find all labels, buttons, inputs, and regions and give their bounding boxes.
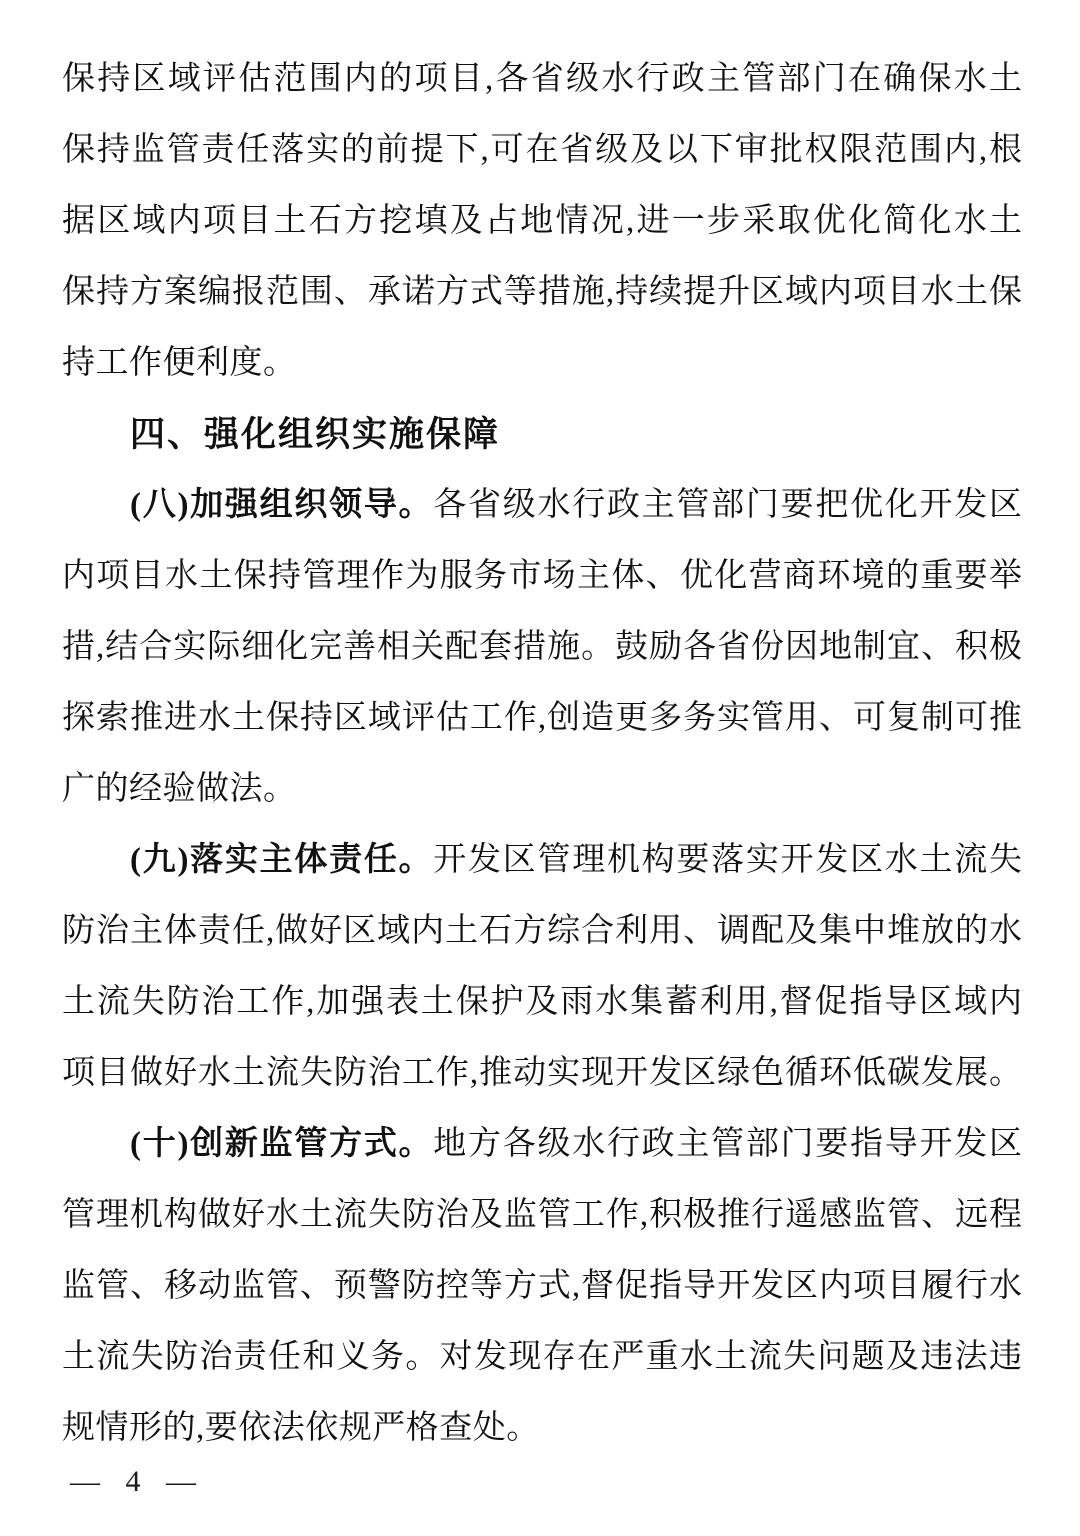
text-run: 地方各级水行政主管部门要指导开发区 — [433, 1126, 1022, 1162]
section-heading: 四、强化组织实施保障 — [62, 399, 1022, 470]
text-line: 规情形的,要依法依规严格查处。 — [62, 1393, 1022, 1464]
text-line: 保持区域评估范围内的项目,各省级水行政主管部门在确保水土 — [62, 44, 1022, 115]
text-run: 探索推进水土保持区域评估工作,创造更多务实管用、可复制可推 — [62, 700, 1022, 736]
text-run: 防治主体责任,做好区域内土石方综合利用、调配及集中堆放的水 — [62, 913, 1022, 949]
text-run: 管理机构做好水土流失防治及监管工作,积极推行遥感监管、远程 — [62, 1197, 1022, 1233]
text-line: 管理机构做好水土流失防治及监管工作,积极推行遥感监管、远程 — [62, 1180, 1022, 1251]
text-line: 土流失防治工作,加强表土保护及雨水集蓄利用,督促指导区域内 — [62, 967, 1022, 1038]
page-number: — 4 — — [70, 1460, 197, 1504]
text-line: 土流失防治责任和义务。对发现存在严重水土流失问题及违法违 — [62, 1322, 1022, 1393]
text-line: 据区域内项目土石方挖填及占地情况,进一步采取优化简化水土 — [62, 186, 1022, 257]
text-run: 措,结合实际细化完善相关配套措施。鼓励各省份因地制宜、积极 — [62, 629, 1022, 665]
text-line: (十)创新监管方式。地方各级水行政主管部门要指导开发区 — [62, 1109, 1022, 1180]
text-run: 持工作便利度。 — [62, 345, 297, 381]
text-run: 各省级水行政主管部门要把优化开发区 — [433, 487, 1022, 523]
text-run: 土流失防治责任和义务。对发现存在严重水土流失问题及违法违 — [62, 1339, 1022, 1375]
text-line: 监管、移动监管、预警防控等方式,督促指导开发区内项目履行水 — [62, 1251, 1022, 1322]
text-run: 保持区域评估范围内的项目,各省级水行政主管部门在确保水土 — [62, 61, 1022, 97]
text-line: (八)加强组织领导。各省级水行政主管部门要把优化开发区 — [62, 470, 1022, 541]
text-run: 据区域内项目土石方挖填及占地情况,进一步采取优化简化水土 — [62, 203, 1022, 239]
text-run: 项目做好水土流失防治工作,推动实现开发区绿色循环低碳发展。 — [62, 1055, 1022, 1091]
text-line: 内项目水土保持管理作为服务市场主体、优化营商环境的重要举 — [62, 541, 1022, 612]
text-line: 广的经验做法。 — [62, 754, 1022, 825]
text-run: 内项目水土保持管理作为服务市场主体、优化营商环境的重要举 — [62, 558, 1022, 594]
paragraph-lead-bold: (八)加强组织领导。 — [130, 487, 433, 523]
text-run: 监管、移动监管、预警防控等方式,督促指导开发区内项目履行水 — [62, 1268, 1022, 1304]
paragraph-lead-bold: (九)落实主体责任。 — [130, 842, 433, 878]
text-run: 四、强化组织实施保障 — [130, 415, 500, 454]
paragraph-lead-bold: (十)创新监管方式。 — [130, 1126, 433, 1162]
text-line: 探索推进水土保持区域评估工作,创造更多务实管用、可复制可推 — [62, 683, 1022, 754]
document-page: 保持区域评估范围内的项目,各省级水行政主管部门在确保水土保持监管责任落实的前提下… — [0, 0, 1080, 1536]
text-run: 开发区管理机构要落实开发区水土流失 — [433, 842, 1022, 878]
text-line: 保持方案编报范围、承诺方式等措施,持续提升区域内项目水土保 — [62, 257, 1022, 328]
text-line: 措,结合实际细化完善相关配套措施。鼓励各省份因地制宜、积极 — [62, 612, 1022, 683]
text-run: 土流失防治工作,加强表土保护及雨水集蓄利用,督促指导区域内 — [62, 984, 1022, 1020]
document-body: 保持区域评估范围内的项目,各省级水行政主管部门在确保水土保持监管责任落实的前提下… — [62, 44, 1022, 1464]
text-line: 持工作便利度。 — [62, 328, 1022, 399]
text-line: (九)落实主体责任。开发区管理机构要落实开发区水土流失 — [62, 825, 1022, 896]
text-line: 项目做好水土流失防治工作,推动实现开发区绿色循环低碳发展。 — [62, 1038, 1022, 1109]
text-line: 防治主体责任,做好区域内土石方综合利用、调配及集中堆放的水 — [62, 896, 1022, 967]
text-line: 保持监管责任落实的前提下,可在省级及以下审批权限范围内,根 — [62, 115, 1022, 186]
text-run: 规情形的,要依法依规严格查处。 — [62, 1410, 540, 1446]
text-run: 保持监管责任落实的前提下,可在省级及以下审批权限范围内,根 — [62, 132, 1022, 168]
text-run: 保持方案编报范围、承诺方式等措施,持续提升区域内项目水土保 — [62, 274, 1022, 310]
text-run: 广的经验做法。 — [62, 771, 297, 807]
